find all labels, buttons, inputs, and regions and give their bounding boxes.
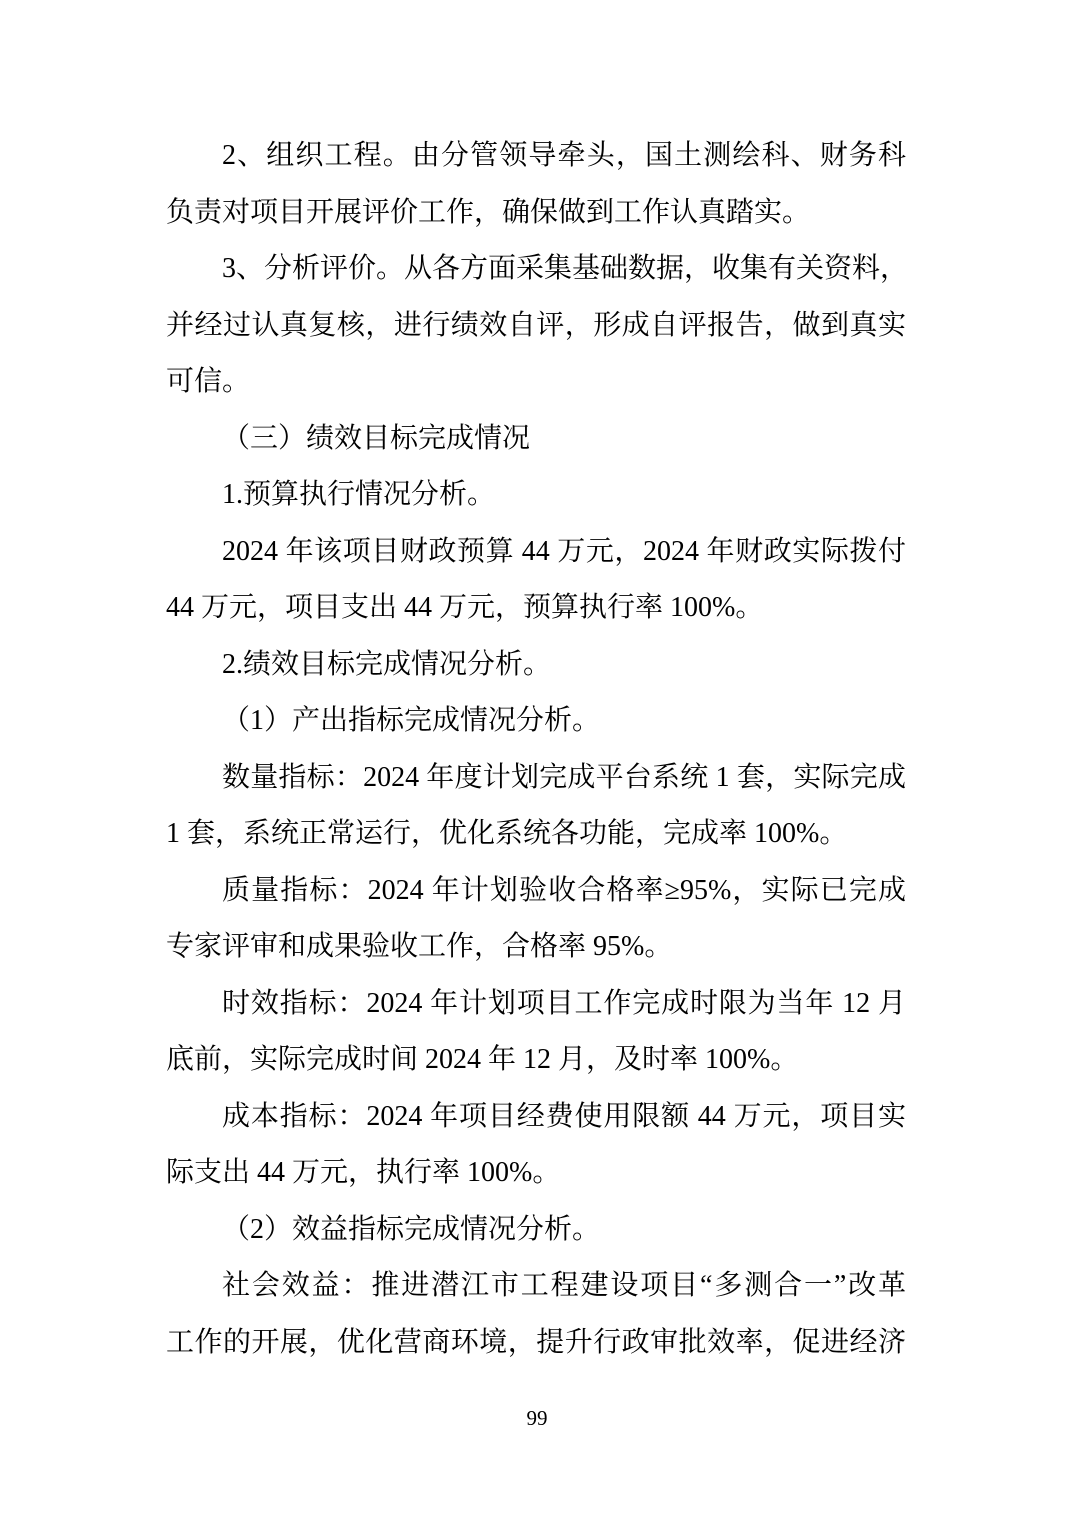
text-line: 可信。 <box>166 354 906 411</box>
sub-heading: 1.预算执行情况分析。 <box>166 467 906 524</box>
text-line: 社会效益：推进潜江市工程建设项目“多测合一”改革 <box>166 1258 906 1315</box>
text-line: 底前，实际完成时间 2024 年 12 月，及时率 100%。 <box>166 1032 906 1089</box>
document-body: 2、组织工程。由分管领导牵头，国土测绘科、财务科 负责对项目开展评价工作，确保做… <box>166 128 906 1371</box>
section-heading: （三）绩效目标完成情况 <box>166 411 906 468</box>
document-page: 2、组织工程。由分管领导牵头，国土测绘科、财务科 负责对项目开展评价工作，确保做… <box>0 0 1074 1520</box>
text-line: 工作的开展，优化营商环境，提升行政审批效率，促进经济 <box>166 1315 906 1372</box>
text-line: 负责对项目开展评价工作，确保做到工作认真踏实。 <box>166 185 906 242</box>
text-line: 3、分析评价。从各方面采集基础数据，收集有关资料， <box>166 241 906 298</box>
text-line: 数量指标：2024 年度计划完成平台系统 1 套，实际完成 <box>166 750 906 807</box>
text-line: 并经过认真复核，进行绩效自评，形成自评报告，做到真实 <box>166 298 906 355</box>
text-line: 2、组织工程。由分管领导牵头，国土测绘科、财务科 <box>166 128 906 185</box>
text-line: 2024 年该项目财政预算 44 万元，2024 年财政实际拨付 <box>166 524 906 581</box>
sub-heading: （1）产出指标完成情况分析。 <box>166 693 906 750</box>
text-line: 44 万元，项目支出 44 万元，预算执行率 100%。 <box>166 580 906 637</box>
text-line: 际支出 44 万元，执行率 100%。 <box>166 1145 906 1202</box>
text-line: 1 套，系统正常运行，优化系统各功能，完成率 100%。 <box>166 806 906 863</box>
text-line: 专家评审和成果验收工作，合格率 95%。 <box>166 919 906 976</box>
text-line: 时效指标：2024 年计划项目工作完成时限为当年 12 月 <box>166 976 906 1033</box>
sub-heading: （2）效益指标完成情况分析。 <box>166 1202 906 1259</box>
sub-heading: 2.绩效目标完成情况分析。 <box>166 637 906 694</box>
page-number: 99 <box>0 1403 1074 1433</box>
text-line: 成本指标：2024 年项目经费使用限额 44 万元，项目实 <box>166 1089 906 1146</box>
text-line: 质量指标：2024 年计划验收合格率≥95%，实际已完成 <box>166 863 906 920</box>
